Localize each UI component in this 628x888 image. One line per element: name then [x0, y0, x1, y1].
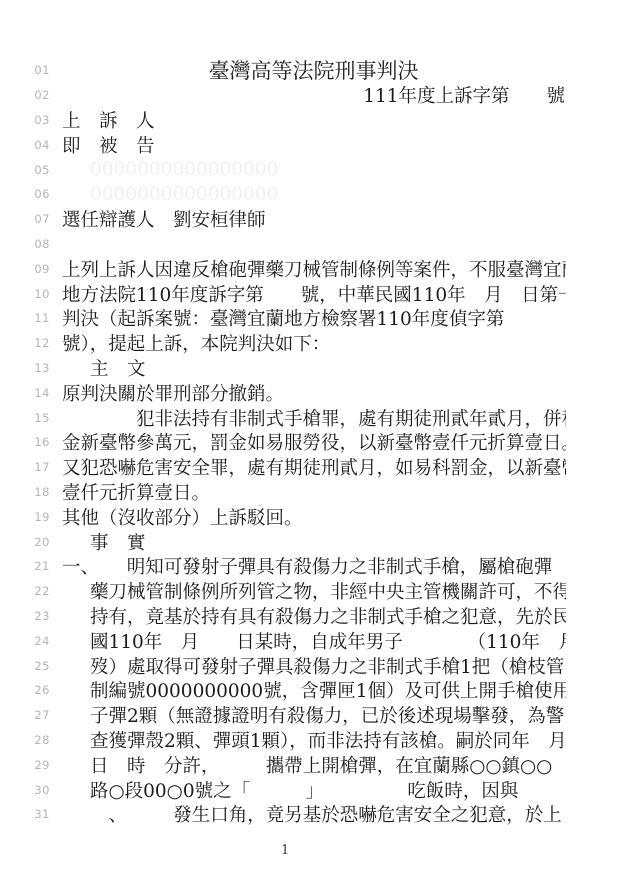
line-number: 30	[0, 783, 50, 797]
line-number: 22	[0, 584, 50, 598]
document-line: 07 選任辯護人 劉安桓律師	[0, 207, 628, 232]
document-line: 23 持有，竟基於持有具有殺傷力之非制式手槍之犯意，先於民	[0, 604, 628, 629]
line-number: 02	[0, 88, 50, 102]
line-text: 路○段00○0號之「 」 吃飯時，因與	[50, 777, 566, 803]
line-number: 11	[0, 311, 50, 325]
document-line: 10 地方法院110年度訴字第 號，中華民國110年 月 日第一審	[0, 281, 628, 306]
line-number: 12	[0, 336, 50, 350]
document-line: 11 判決（起訴案號：臺灣宜蘭地方檢察署110年度偵字第	[0, 306, 628, 331]
line-text: 上列上訴人因違反槍砲彈藥刀械管制條例等案件，不服臺灣宜蘭	[50, 256, 566, 282]
document-line: 24 國110年 月 日某時，自成年男子 （110年 月 日	[0, 628, 628, 653]
line-text: 日 時 分許， 攜帶上開槍彈，在宜蘭縣○○鎮○○	[50, 752, 566, 778]
document-line: 05 0000000000000000	[0, 157, 628, 182]
line-text: 子彈2顆（無證據證明有殺傷力，已於後述現場擊發，為警	[50, 702, 566, 728]
line-text: 0000000000000000	[50, 159, 566, 180]
document-line: 12 號），提起上訴，本院判決如下：	[0, 331, 628, 356]
line-text: 國110年 月 日某時，自成年男子 （110年 月 日	[50, 628, 566, 654]
document-line: 28 查獲彈殼2顆、彈頭1顆），而非法持有該槍。嗣於同年 月	[0, 728, 628, 753]
line-text: 一、 明知可發射子彈具有殺傷力之非制式手槍，屬槍砲彈	[50, 553, 566, 579]
line-text: 其他（沒收部分）上訴駁回。	[50, 504, 566, 530]
line-number: 15	[0, 411, 50, 425]
line-text: 0000000000000000	[50, 184, 566, 205]
line-text: 原判決關於罪刑部分撤銷。	[50, 380, 566, 406]
line-number: 13	[0, 361, 50, 375]
line-text: 、 發生口角，竟另基於恐嚇危害安全之犯意，於上	[50, 801, 566, 827]
document-line: 20 事 實	[0, 529, 628, 554]
document-line: 08	[0, 232, 628, 257]
line-text: 事 實	[50, 529, 566, 555]
line-text: 犯非法持有非制式手槍罪，處有期徒刑貳年貳月，併科罰	[50, 405, 566, 431]
line-number: 01	[0, 63, 50, 77]
line-text: 號），提起上訴，本院判決如下：	[50, 330, 566, 356]
line-text: 持有，竟基於持有具有殺傷力之非制式手槍之犯意，先於民	[50, 603, 566, 629]
document-body: 01 臺灣高等法院刑事判決 02 111年度上訴字第 號 03 上 訴 人 04…	[0, 58, 628, 827]
line-number: 08	[0, 237, 50, 251]
document-line: 27 子彈2顆（無證據證明有殺傷力，已於後述現場擊發，為警	[0, 703, 628, 728]
line-text: 111年度上訴字第 號	[62, 82, 565, 108]
judgment-page: 01 臺灣高等法院刑事判決 02 111年度上訴字第 號 03 上 訴 人 04…	[0, 0, 628, 888]
line-number: 31	[0, 807, 50, 821]
line-number: 21	[0, 559, 50, 573]
line-number: 24	[0, 634, 50, 648]
line-number: 14	[0, 386, 50, 400]
line-number: 23	[0, 609, 50, 623]
document-line: 30 路○段00○0號之「 」 吃飯時，因與	[0, 777, 628, 802]
document-line: 26 制編號0000000000號，含彈匣1個）及可供上開手槍使用之	[0, 678, 628, 703]
document-line: 17 又犯恐嚇危害安全罪，處有期徒刑貳月，如易科罰金，以新臺幣	[0, 455, 628, 480]
document-line: 21 一、 明知可發射子彈具有殺傷力之非制式手槍，屬槍砲彈	[0, 554, 628, 579]
line-text: 查獲彈殼2顆、彈頭1顆），而非法持有該槍。嗣於同年 月	[50, 727, 566, 753]
document-line: 31 、 發生口角，竟另基於恐嚇危害安全之犯意，於上	[0, 802, 628, 827]
line-number: 19	[0, 510, 50, 524]
line-number: 09	[0, 262, 50, 276]
document-line: 06 0000000000000000	[0, 182, 628, 207]
line-number: 28	[0, 733, 50, 747]
line-number: 10	[0, 287, 50, 301]
line-number: 27	[0, 708, 50, 722]
line-number: 29	[0, 758, 50, 772]
document-line: 14 原判決關於罪刑部分撤銷。	[0, 380, 628, 405]
line-text: 地方法院110年度訴字第 號，中華民國110年 月 日第一審	[50, 281, 566, 307]
line-number: 04	[0, 138, 50, 152]
document-line: 25 歿）處取得可發射子彈具殺傷力之非制式手槍1把（槍枝管	[0, 653, 628, 678]
document-line: 13 主 文	[0, 356, 628, 381]
document-line: 18 壹仟元折算壹日。	[0, 480, 628, 505]
line-text: 臺灣高等法院刑事判決	[62, 55, 565, 85]
document-line: 01 臺灣高等法院刑事判決	[0, 58, 628, 83]
line-text: 金新臺幣參萬元，罰金如易服勞役，以新臺幣壹仟元折算壹日。	[50, 429, 566, 455]
document-line: 29 日 時 分許， 攜帶上開槍彈，在宜蘭縣○○鎮○○	[0, 752, 628, 777]
line-text: 藥刀械管制條例所列管之物，非經中央主管機關許可，不得	[50, 578, 566, 604]
document-line: 16 金新臺幣參萬元，罰金如易服勞役，以新臺幣壹仟元折算壹日。	[0, 430, 628, 455]
document-line: 09 上列上訴人因違反槍砲彈藥刀械管制條例等案件，不服臺灣宜蘭	[0, 256, 628, 281]
page-number: 1	[281, 843, 289, 858]
document-line: 02 111年度上訴字第 號	[0, 83, 628, 108]
line-number: 18	[0, 485, 50, 499]
line-text: 即 被 告	[50, 132, 566, 158]
line-text: 又犯恐嚇危害安全罪，處有期徒刑貳月，如易科罰金，以新臺幣	[50, 454, 566, 480]
line-number: 06	[0, 187, 50, 201]
line-text: 主 文	[50, 355, 566, 381]
line-text: 壹仟元折算壹日。	[50, 479, 566, 505]
document-line: 19 其他（沒收部分）上訴駁回。	[0, 504, 628, 529]
line-number: 17	[0, 460, 50, 474]
document-line: 03 上 訴 人	[0, 108, 628, 133]
line-number: 20	[0, 535, 50, 549]
line-number: 07	[0, 212, 50, 226]
line-text: 判決（起訴案號：臺灣宜蘭地方檢察署110年度偵字第	[50, 305, 566, 331]
line-number: 25	[0, 659, 50, 673]
document-line: 04 即 被 告	[0, 132, 628, 157]
line-number: 03	[0, 113, 50, 127]
line-text: 歿）處取得可發射子彈具殺傷力之非制式手槍1把（槍枝管	[50, 653, 566, 679]
document-line: 22 藥刀械管制條例所列管之物，非經中央主管機關許可，不得	[0, 579, 628, 604]
document-line: 15 犯非法持有非制式手槍罪，處有期徒刑貳年貳月，併科罰	[0, 405, 628, 430]
line-text: 上 訴 人	[50, 107, 566, 133]
line-text: 選任辯護人 劉安桓律師	[50, 206, 566, 232]
line-number: 26	[0, 683, 50, 697]
line-number: 16	[0, 435, 50, 449]
line-text: 制編號0000000000號，含彈匣1個）及可供上開手槍使用之	[50, 677, 566, 703]
line-number: 05	[0, 163, 50, 177]
